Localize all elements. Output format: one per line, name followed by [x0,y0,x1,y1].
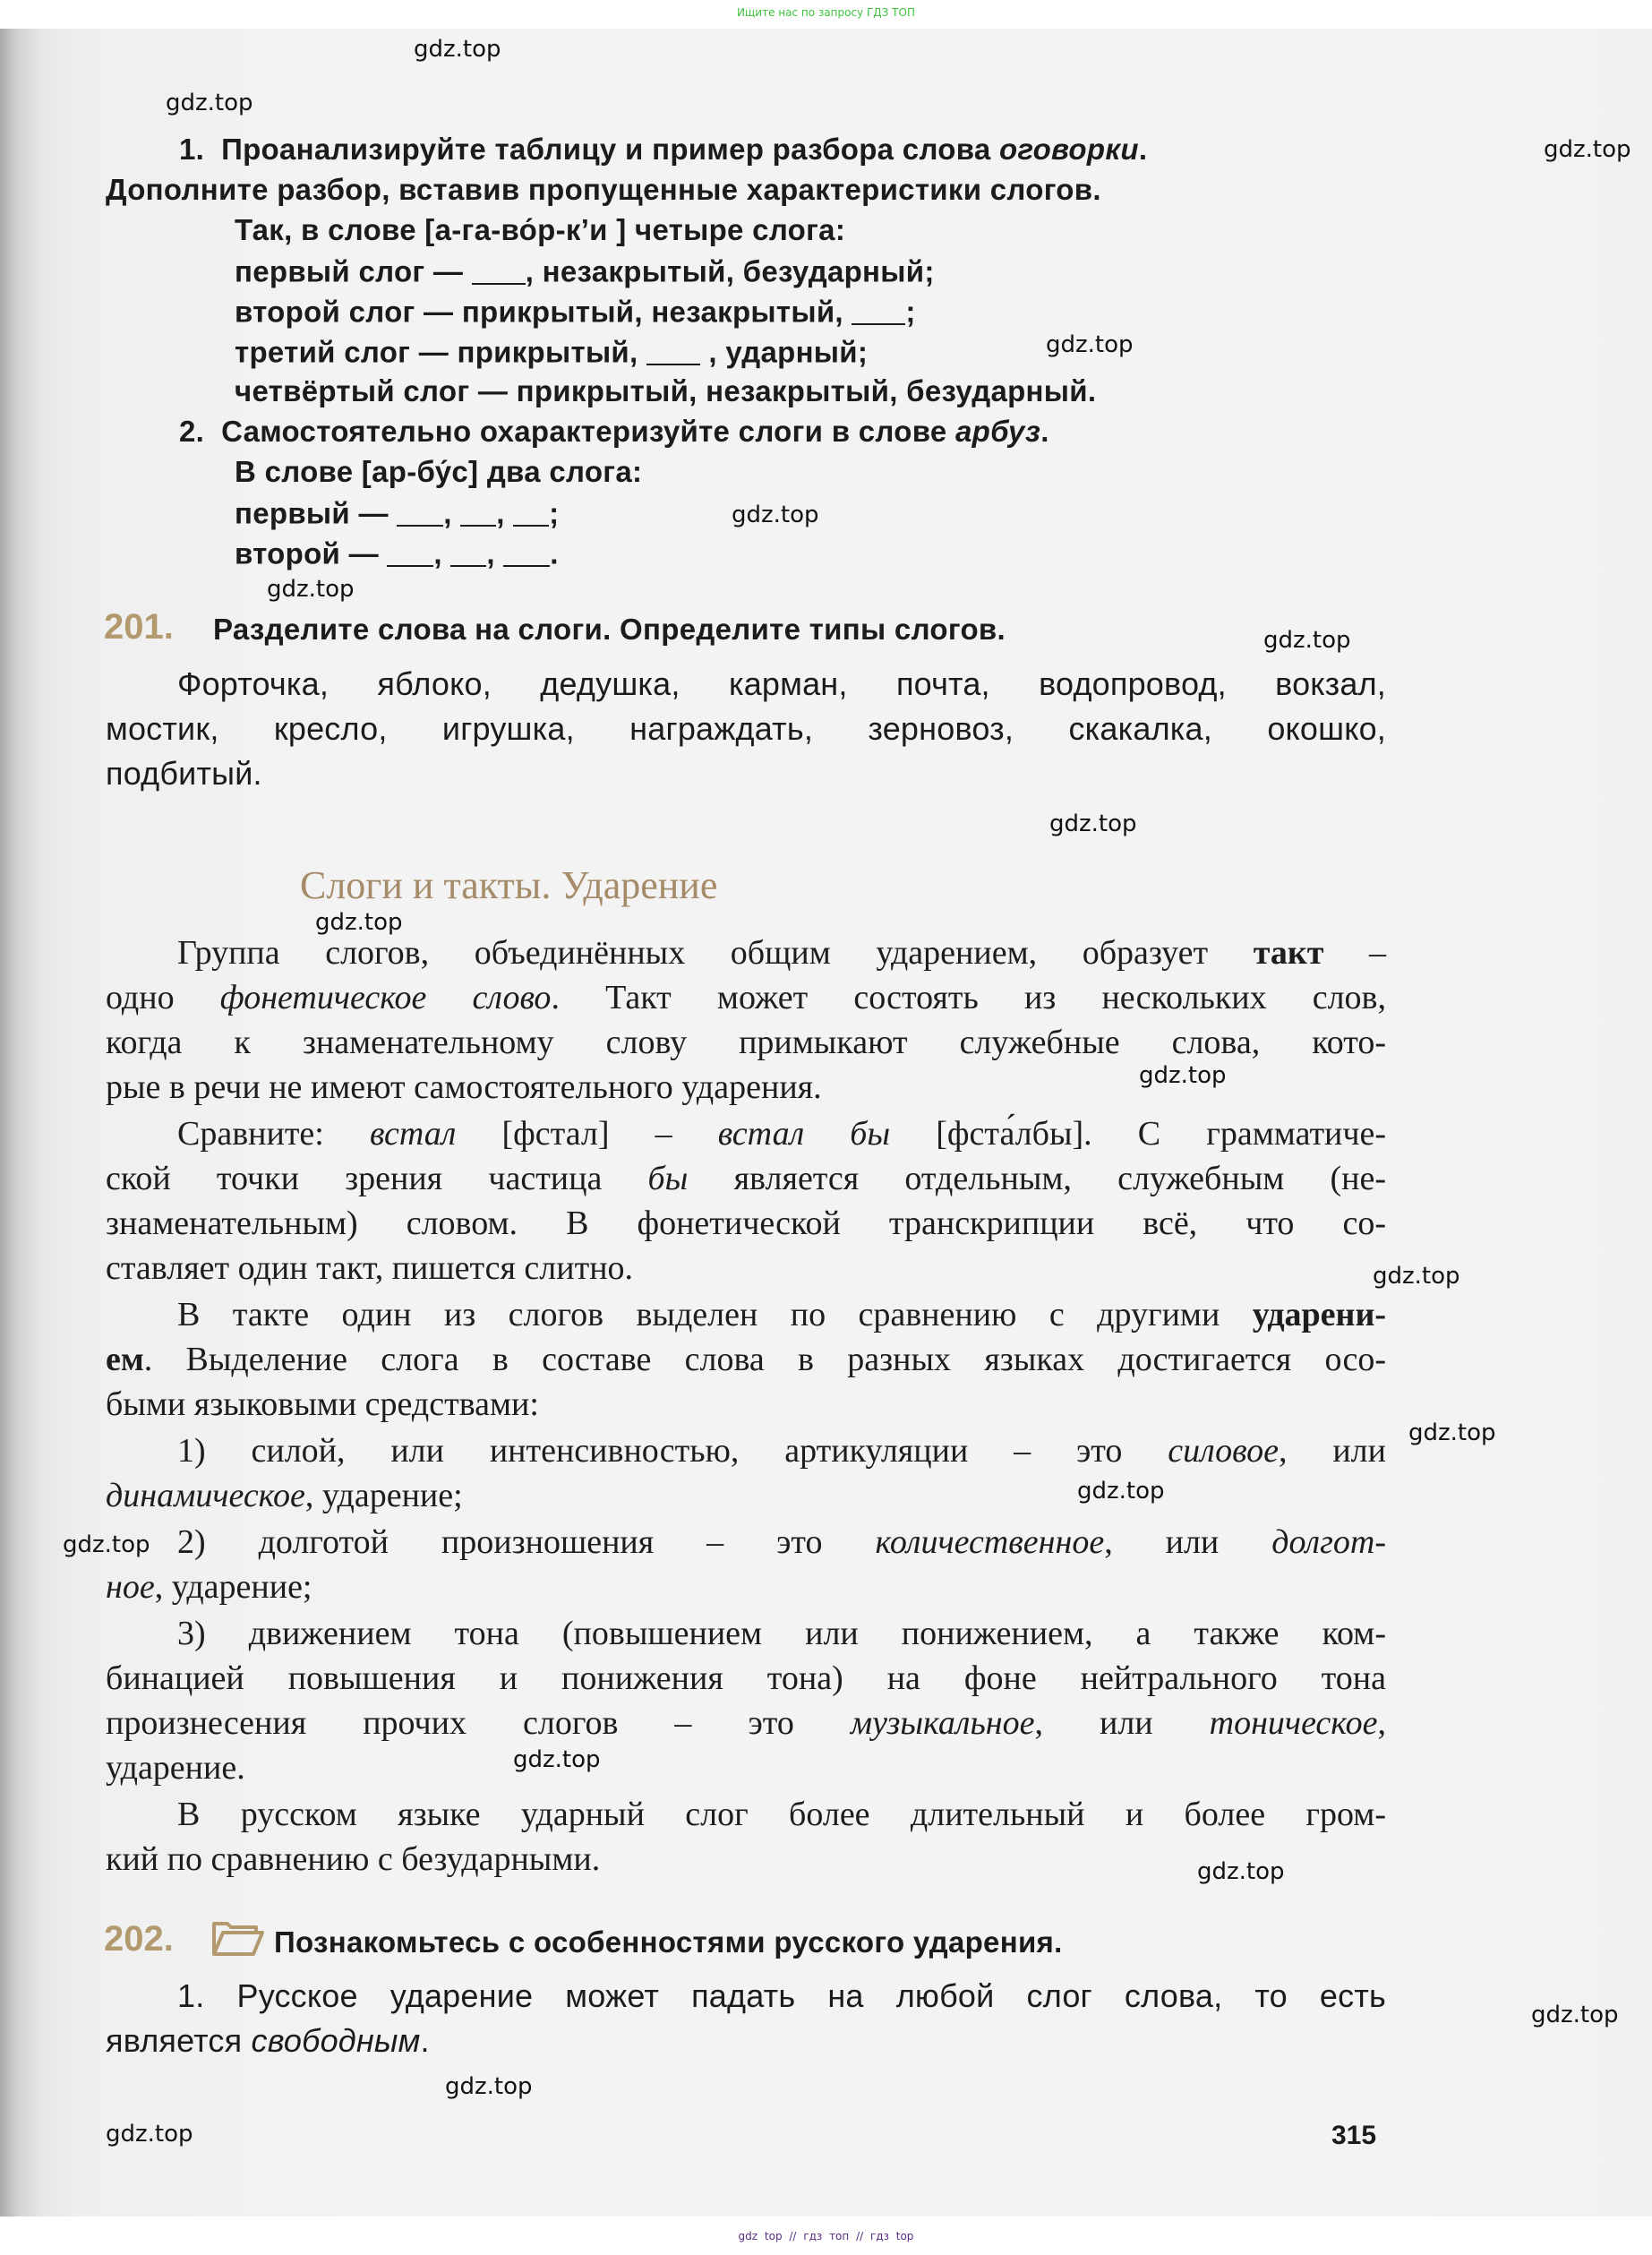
exercise-201-words-line-3: подбитый. [106,755,262,793]
text: 1) силой, или интенсивностью, артикуляци… [177,1432,1168,1470]
arbuz-line-0: В слове [ар-бу́с] два слога: [235,455,642,489]
list-item-3-line-2: бинацией повышения и понижения тона) на … [106,1659,1386,1698]
watermark: gdz.top [1197,1858,1285,1885]
folder-icon [211,1918,265,1958]
task-item-2-instruction: 2. Самостоятельно охарактеризуйте слоги … [179,415,1049,449]
paragraph-3-line-2: ем. Выделение слога в составе слова в ра… [106,1340,1386,1379]
list-item-3-line-4: ударение. [106,1748,245,1788]
list-item-3-line-3: произнесения прочих слогов – это музыкал… [106,1703,1386,1743]
watermark: gdz.top [1544,136,1631,163]
watermark: gdz.top [1049,810,1137,837]
term-italic: тоническое [1210,1704,1378,1742]
watermark: gdz.top [1139,1062,1227,1089]
line-text: ; [905,296,915,329]
watermark: gdz.top [414,36,501,63]
text: . Выделение слога в составе слова в разн… [144,1341,1386,1378]
text: ской точки зрения частица [106,1160,648,1197]
watermark: gdz.top [1046,331,1134,358]
text: [фстал] – [456,1115,717,1153]
watermark: gdz.top [1531,2002,1619,2028]
text: Группа слогов, объединённых общим ударен… [177,934,1254,972]
watermark: gdz.top [1408,1419,1496,1446]
watermark: gdz.top [1263,627,1351,654]
punct: . [1040,415,1049,448]
watermark: gdz.top [106,2121,193,2148]
term-italic: фонетическое слово [220,979,552,1016]
text: произнесения прочих слогов – это [106,1704,851,1742]
term-italic: долгот- [1271,1523,1386,1561]
word-italic: оговорки [999,133,1139,166]
paragraph-3-line-3: быми языковыми средствами: [106,1385,539,1424]
paragraph-2-line-1: Сравните: встал [фстал] – встал бы [фста… [177,1114,1386,1153]
list-item-1-line-2: динамическое, ударение; [106,1476,463,1515]
exercise-201-words-line-2: мостик, кресло, игрушка, награждать, зер… [106,710,1386,748]
text: , ударение; [305,1477,463,1514]
text: , или [1034,1704,1209,1742]
analysis-line-3: третий слог — прикрытый, , ударный; [235,334,868,370]
term-bold: ем [106,1341,144,1378]
footer-banner-text: gdz top // гдз топ // гдз top [0,2230,1652,2242]
paragraph-1-line-1: Группа слогов, объединённых общим ударен… [177,933,1386,973]
text: является отдельным, служебным (не- [688,1160,1386,1197]
example-italic: бы [648,1160,689,1197]
example-italic: встал [370,1115,456,1153]
blank-field[interactable] [460,495,496,527]
line-text: первый слог — [235,255,472,288]
watermark: gdz.top [1077,1478,1165,1505]
word-italic: арбуз [955,415,1040,448]
blank-field[interactable] [513,495,549,527]
line-text: , незакрытый, безударный; [526,255,935,288]
watermark: gdz.top [166,90,253,116]
instruction-text: Самостоятельно охарактеризуйте слоги в с… [221,415,955,448]
list-item-1-line-1: 1) силой, или интенсивностью, артикуляци… [177,1431,1386,1470]
text: , или [1104,1523,1271,1561]
blank-field[interactable] [852,294,905,325]
blank-field[interactable] [646,334,700,365]
punct: . [1139,133,1147,166]
term-italic: количественное [876,1523,1105,1561]
text: , или [1279,1432,1386,1470]
item-number: 1. [179,133,204,166]
text: [фста́лбы]. С грамматиче- [890,1115,1386,1153]
term-italic: ное [106,1568,155,1606]
text: . Такт может состоять из нескольких слов… [551,979,1386,1016]
section-title: Слоги и такты. Ударение [300,862,717,908]
exercise-number-202: 202. [104,1919,174,1959]
exercise-201-words-line-1: Форточка, яблоко, дедушка, карман, почта… [177,665,1386,703]
watermark: gdz.top [63,1531,150,1558]
punct: , [496,497,504,530]
item-number: 2. [179,415,204,448]
paragraph-2-line-4: ставляет один такт, пишется слитно. [106,1248,633,1288]
instruction-text: Проанализируйте таблицу и пример разбора… [221,133,999,166]
task-item-1-instruction-line2: Дополните разбор, вставив пропущенные ха… [106,173,1101,207]
watermark: gdz.top [445,2073,533,2100]
exercise-202-item-1-line-1: 1. Русское ударение может падать на любо… [177,1977,1386,2015]
term-bold: такт [1254,934,1324,972]
line-text: первый — [235,497,397,530]
text: – [1323,934,1386,972]
text: Сравните: [177,1115,370,1153]
arbuz-second-syllable: второй — , , . [235,536,559,571]
arbuz-first-syllable: первый — , , ; [235,495,559,531]
term-italic: динамическое [106,1477,305,1514]
paragraph-4-line-1: В русском языке ударный слог более длите… [177,1795,1386,1834]
watermark: gdz.top [1373,1263,1460,1290]
paragraph-4-line-2: кий по сравнению с безударными. [106,1839,600,1879]
page-number: 315 [1331,2121,1376,2151]
punct: , [443,497,451,530]
blank-field[interactable] [503,536,550,567]
analysis-line-2: второй слог — прикрытый, незакрытый, ; [235,294,916,330]
punct: , [433,537,441,570]
top-banner-text: Ищите нас по запросу ГДЗ ТОП [0,6,1652,19]
term-italic: свободным [252,2022,421,2059]
blank-field[interactable] [472,253,526,285]
analysis-line-1: первый слог — , незакрытый, безударный; [235,253,935,289]
text: , [1378,1704,1387,1742]
text: является [106,2022,252,2059]
watermark: gdz.top [315,909,403,936]
text: В такте один из слогов выделен по сравне… [177,1296,1253,1333]
term-italic: музыкальное [851,1704,1035,1742]
paragraph-1-line-4: рые в речи не имеют самостоятельного уда… [106,1067,822,1107]
line-text: , ударный; [700,336,868,369]
watermark: gdz.top [267,576,355,603]
paragraph-2-line-3: знаменательным) словом. В фонетической т… [106,1204,1386,1243]
text: одно [106,979,220,1016]
list-item-2-line-1: 2) долготой произношения – это количеств… [177,1522,1386,1562]
analysis-line-0: Так, в слове [а-га-во́р-к’и ] четыре сло… [235,213,845,247]
exercise-202-instruction: Познакомьтесь с особенностями русского у… [274,1925,1063,1959]
paragraph-1-line-3: когда к знаменательному слову примыкают … [106,1023,1386,1062]
exercise-202-item-1-line-2: является свободным. [106,2022,430,2060]
text: , ударение; [155,1568,312,1606]
exercise-number-201: 201. [104,607,174,647]
line-text: второй — [235,537,387,570]
line-text: второй слог — прикрытый, незакрытый, [235,296,852,329]
term-bold: ударени- [1253,1296,1386,1333]
list-item-2-line-2: ное, ударение; [106,1567,312,1607]
blank-field[interactable] [450,536,486,567]
watermark: gdz.top [513,1746,601,1773]
blank-field[interactable] [387,536,433,567]
exercise-201-instruction: Разделите слова на слоги. Определите тип… [213,613,1006,647]
text: 2) долготой произношения – это [177,1523,876,1561]
example-italic: встал бы [718,1115,890,1153]
paragraph-1-line-2: одно фонетическое слово. Такт может сост… [106,978,1386,1017]
list-item-3-line-1: 3) движением тона (повышением или пониже… [177,1614,1386,1653]
task-item-1-instruction: 1. Проанализируйте таблицу и пример разб… [179,133,1147,167]
line-text: третий слог — прикрытый, [235,336,646,369]
blank-field[interactable] [397,495,443,527]
punct: . [420,2022,429,2059]
paragraph-2-line-2: ской точки зрения частица бы является от… [106,1159,1386,1198]
paragraph-3-line-1: В такте один из слогов выделен по сравне… [177,1295,1386,1334]
analysis-line-4: четвёртый слог — прикрытый, незакрытый, … [235,374,1096,408]
term-italic: силовое [1168,1432,1279,1470]
watermark: gdz.top [732,502,819,528]
punct: , [486,537,494,570]
punct: ; [549,497,559,530]
punct: . [550,537,558,570]
